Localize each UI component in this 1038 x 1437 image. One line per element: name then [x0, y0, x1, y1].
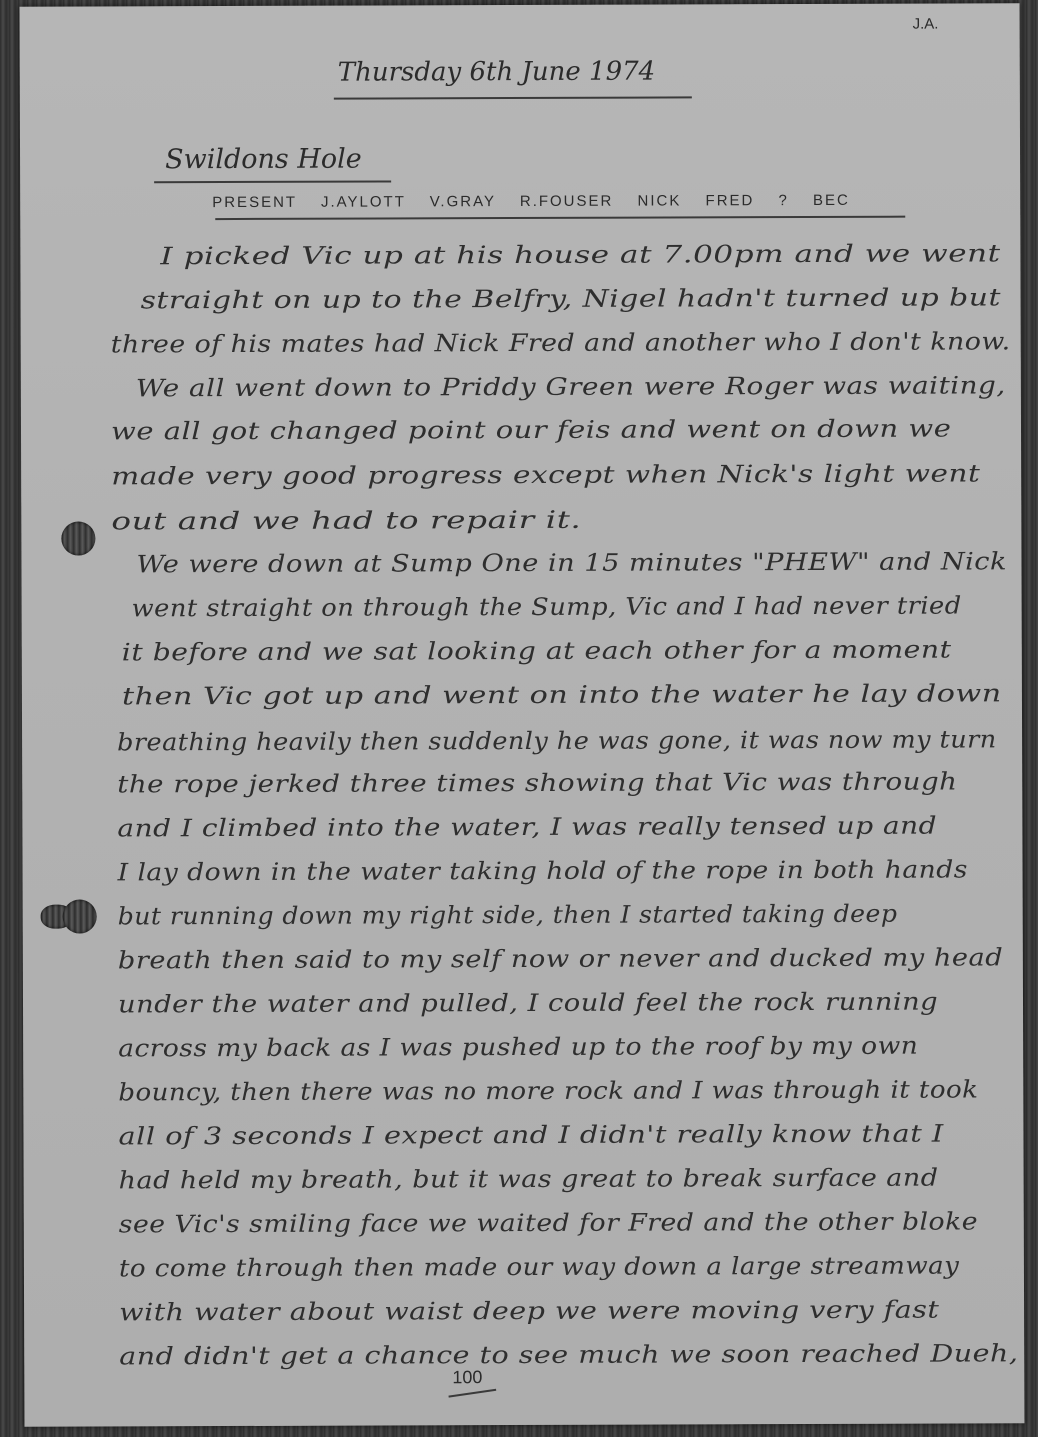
page-number: 100	[452, 1367, 482, 1388]
log-line: the rope jerked three times showing that…	[117, 767, 957, 798]
present-label: PRESENT	[212, 194, 297, 211]
corner-initials: J.A.	[913, 16, 939, 33]
page-number-underline	[448, 1389, 496, 1398]
log-line: We were down at Sump One in 15 minutes "…	[136, 547, 1007, 578]
log-line: under the water and pulled, I could feel…	[118, 988, 938, 1019]
log-entry-text: I picked Vic up at his house at 7.00pm a…	[100, 239, 1010, 242]
log-line: it before and we sat looking at each oth…	[122, 636, 952, 667]
cave-name: Swildons Hole	[165, 144, 362, 176]
log-line: breath then said to my self now or never…	[118, 943, 1003, 974]
log-line: I picked Vic up at his house at 7.00pm a…	[160, 239, 1000, 270]
handwritten-page: J.A. Thursday 6th June 1974 Swildons Hol…	[20, 3, 1025, 1426]
punch-hole-upper	[61, 521, 95, 555]
log-line: made very good progress except when Nick…	[111, 459, 980, 490]
log-line: We all went down to Priddy Green were Ro…	[136, 371, 1006, 402]
log-line: we all got changed point our feis and we…	[111, 414, 951, 445]
log-line: all of 3 seconds I expect and I didn't r…	[118, 1120, 943, 1151]
log-line: see Vic's smiling face we waited for Fre…	[119, 1207, 978, 1238]
log-line: went straight on through the Sump, Vic a…	[132, 591, 962, 622]
log-line: to come through then made our way down a…	[119, 1251, 959, 1282]
log-line: I lay down in the water taking hold of t…	[117, 855, 967, 886]
log-line: bouncy, then there was no more rock and …	[118, 1075, 978, 1106]
log-line: breathing heavily then suddenly he was g…	[117, 725, 997, 756]
log-line: then Vic got up and went on into the wat…	[122, 679, 1002, 710]
log-line: out and we had to repair it.	[111, 506, 581, 536]
log-line: three of his mates had Nick Fred and ano…	[111, 327, 1011, 358]
cave-name-underline	[154, 180, 391, 183]
present-names: J.AYLOTT V.GRAY R.FOUSER NICK FRED ? BEC	[321, 192, 850, 211]
punch-hole-lower	[63, 899, 97, 933]
log-line: and I climbed into the water, I was real…	[117, 812, 937, 843]
log-line: but running down my right side, then I s…	[118, 900, 898, 931]
log-line: with water about waist deep we were movi…	[119, 1296, 939, 1327]
present-underline	[215, 216, 905, 220]
log-line: had held my breath, but it was great to …	[119, 1164, 939, 1195]
log-line: across my back as I was pushed up to the…	[118, 1032, 918, 1063]
entry-date: Thursday 6th June 1974	[338, 57, 656, 88]
log-line: and didn't get a chance to see much we s…	[119, 1339, 1018, 1370]
date-underline	[334, 96, 692, 99]
present-list: PRESENT J.AYLOTT V.GRAY R.FOUSER NICK FR…	[212, 192, 850, 211]
log-line: straight on up to the Belfry, Nigel hadn…	[141, 283, 1002, 314]
